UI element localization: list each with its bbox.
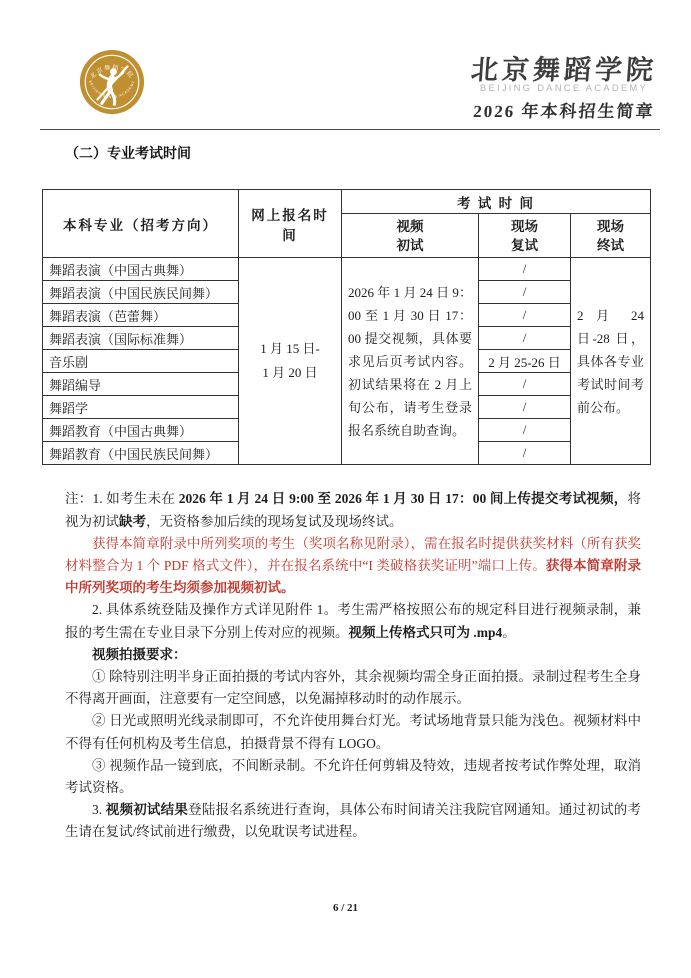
major-cell: 舞蹈表演（芭蕾舞）: [43, 304, 239, 327]
note-text-bold: 2026 年 1 月 24 日 9:00 至 2026 年 1 月 30 日 1…: [179, 491, 628, 506]
major-cell: 舞蹈表演（中国民族民间舞）: [43, 281, 239, 304]
note-text: ，无资格参加后续的现场复试及现场终试。: [146, 514, 403, 529]
header-divider: [40, 129, 660, 130]
note-text: 3.: [92, 802, 106, 817]
note-item-requirement-2: ② 日光或照明光线录制即可，不允许使用舞台灯光。考试场地背景只能为浅色。视频材料…: [65, 710, 641, 754]
document-page: 北京舞蹈学院 BEIJING DANCE ACADEMY 北京舞蹈学院 BEIJ…: [0, 0, 691, 978]
onsite-second-cell: /: [479, 442, 571, 465]
col-header-onsite-final: 现场 终试: [571, 214, 651, 258]
video-first-round-cell: 2026 年 1 月 24 日 9：00 至 1 月 30 日 17：00 提交…: [342, 258, 479, 465]
note-item-requirement-1: ① 除特别注明半身正面拍摄的考试内容外，其余视频均需全身正面拍摄。录制过程考生全…: [65, 666, 641, 710]
note-text-bold: 视频初试结果: [106, 802, 188, 817]
onsite-second-cell: /: [479, 258, 571, 281]
col-header-exam-time-group: 考 试 时 间: [342, 190, 651, 214]
table-header-row-1: 本科专业（招考方向） 网上报名时间 考 试 时 间: [43, 190, 651, 214]
note-text: 注：1. 如考生未在: [65, 491, 179, 506]
page-number: 6 / 21: [0, 902, 691, 914]
onsite-second-cell: /: [479, 304, 571, 327]
brochure-title: 2026 年本科招生简章: [470, 97, 658, 122]
major-cell: 舞蹈学: [43, 396, 239, 419]
onsite-second-cell: /: [479, 396, 571, 419]
registration-period-cell: 1 月 15 日- 1 月 20 日: [239, 258, 342, 465]
school-name-cn: 北京舞蹈学院: [470, 56, 658, 84]
col-header-registration: 网上报名时间: [239, 190, 342, 258]
note-item-1: 注：1. 如考生未在 2026 年 1 月 24 日 9:00 至 2026 年…: [65, 488, 641, 532]
col-header-onsite-second: 现场 复试: [479, 214, 571, 258]
note-item-2: 2. 具体系统登陆及操作方式详见附件 1。考生需严格按照公布的规定科目进行视频录…: [65, 599, 641, 643]
onsite-final-cell: 2 月 24 日-28 日，具体各专业考试时间考前公布。: [571, 258, 651, 465]
notes-section: 注：1. 如考生未在 2026 年 1 月 24 日 9:00 至 2026 年…: [65, 488, 641, 843]
col-header-video-first: 视频 初试: [342, 214, 479, 258]
major-cell: 舞蹈表演（国际标准舞）: [43, 327, 239, 350]
exam-schedule-table: 本科专业（招考方向） 网上报名时间 考 试 时 间 视频 初试 现场 复试 现场…: [42, 189, 651, 465]
note-text: 。: [502, 625, 516, 640]
note-item-award-warning: 获得本简章附录中所列奖项的考生（奖项名称见附录），需在报名时提供获奖材料（所有获…: [65, 533, 641, 600]
onsite-second-cell: /: [479, 419, 571, 442]
onsite-second-cell: 2 月 25-26 日: [479, 350, 571, 373]
major-cell: 舞蹈教育（中国民族民间舞）: [43, 442, 239, 465]
document-header: 北京舞蹈学院 BEIJING DANCE ACADEMY 北京舞蹈学院 BEIJ…: [0, 0, 691, 122]
school-logo-seal: 北京舞蹈学院 BEIJING DANCE ACADEMY: [78, 48, 146, 116]
table-row: 舞蹈表演（中国古典舞） 1 月 15 日- 1 月 20 日 2026 年 1 …: [43, 258, 651, 281]
onsite-second-cell: /: [479, 327, 571, 350]
note-text-bold: 视频上传格式只可为 .mp4: [349, 625, 503, 640]
col-header-major: 本科专业（招考方向）: [43, 190, 239, 258]
note-item-3: 3. 视频初试结果登陆报名系统进行查询，具体公布时间请关注我院官网通知。通过初试…: [65, 799, 641, 843]
section-title: （二）专业考试时间: [65, 143, 691, 163]
onsite-second-cell: /: [479, 373, 571, 396]
major-cell: 音乐剧: [43, 350, 239, 373]
note-item-requirement-3: ③ 视频作品一镜到底，不间断录制。不允许任何剪辑及特效，违规者按考试作弊处理，取…: [65, 755, 641, 799]
note-text-bold: 视频拍摄要求：: [92, 647, 187, 662]
major-cell: 舞蹈教育（中国古典舞）: [43, 419, 239, 442]
note-item-video-requirements-title: 视频拍摄要求：: [65, 644, 641, 666]
note-text-bold: 缺考: [119, 514, 146, 529]
header-title-block: 北京舞蹈学院 BEIJING DANCE ACADEMY 2026 年本科招生简…: [471, 48, 657, 122]
major-cell: 舞蹈表演（中国古典舞）: [43, 258, 239, 281]
onsite-second-cell: /: [479, 281, 571, 304]
major-cell: 舞蹈编导: [43, 373, 239, 396]
